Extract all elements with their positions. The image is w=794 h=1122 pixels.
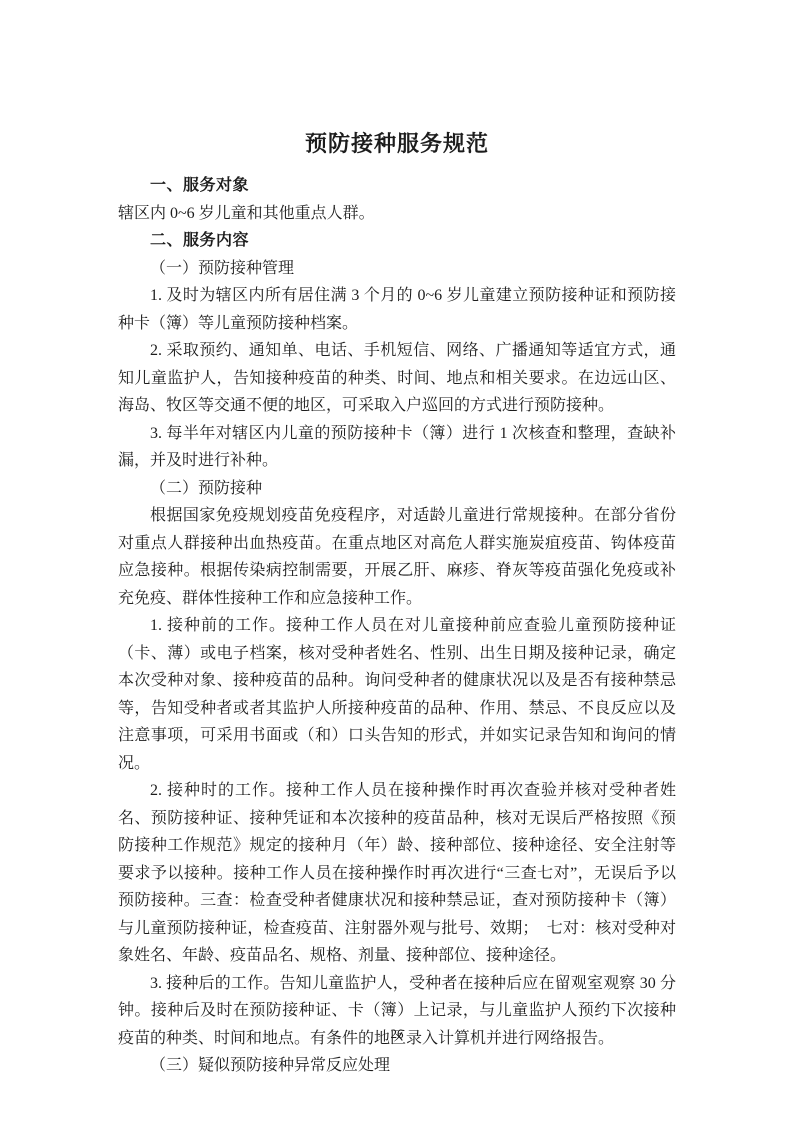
page-title: 预防接种服务规范 [0,127,794,158]
paragraph: 1. 接种前的工作。接种工作人员在对儿童接种前应查验儿童预防接种证（卡、薄）或电… [118,612,676,777]
document-page: 预防接种服务规范 一、服务对象辖区内 0~6 岁儿童和其他重点人群。二、服务内容… [0,0,794,1122]
paragraph: 1. 及时为辖区内所有居住满 3 个月的 0~6 岁儿童建立预防接种证和预防接种… [118,282,676,337]
document-body: 一、服务对象辖区内 0~6 岁儿童和其他重点人群。二、服务内容（一）预防接种管理… [118,172,676,1080]
paragraph: （二）预防接种 [118,475,676,503]
paragraph: 2. 接种时的工作。接种工作人员在接种操作时再次查验并核对受种者姓名、预防接种证… [118,777,676,970]
paragraph: 辖区内 0~6 岁儿童和其他重点人群。 [118,200,676,228]
paragraph: 2. 采取预约、通知单、电话、手机短信、网络、广播通知等适宜方式，通知儿童监护人… [118,337,676,420]
section-heading: 二、服务内容 [118,227,676,255]
paragraph: 3. 每半年对辖区内儿童的预防接种卡（簿）进行 1 次核查和整理，查缺补漏，并及… [118,420,676,475]
paragraph: （三）疑似预防接种异常反应处理 [118,1052,676,1080]
section-heading: 一、服务对象 [118,172,676,200]
page-number: 26 [0,1026,794,1042]
paragraph: 根据国家免疫规划疫苗免疫程序，对适龄儿童进行常规接种。在部分省份对重点人群接种出… [118,502,676,612]
paragraph: （一）预防接种管理 [118,255,676,283]
